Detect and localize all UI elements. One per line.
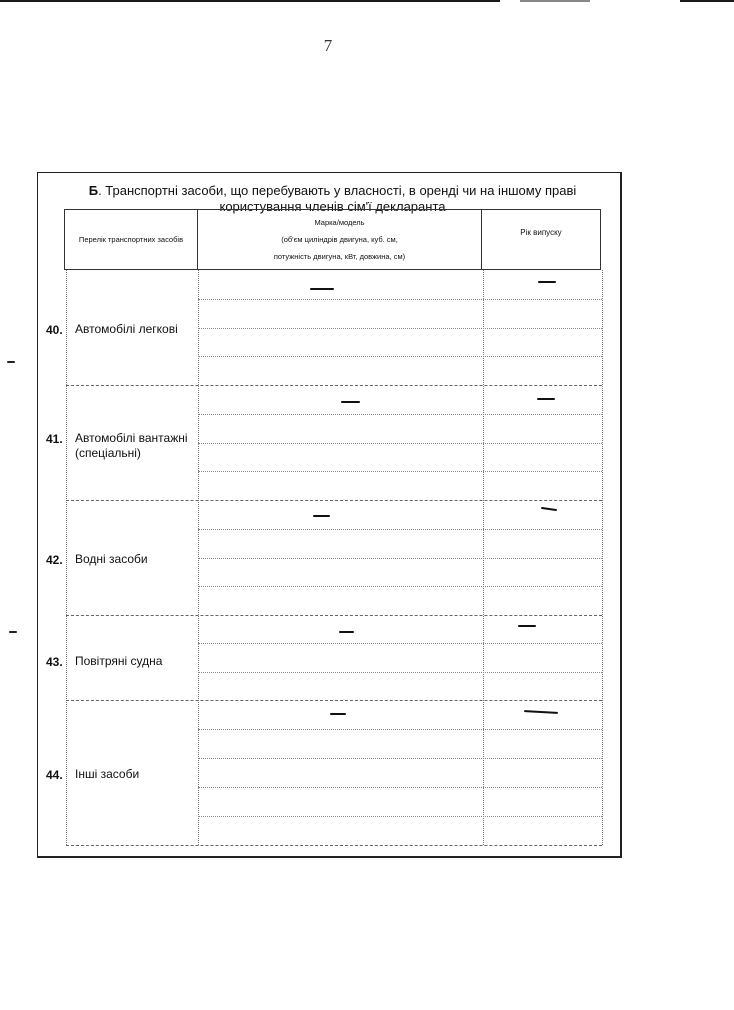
table-row-divider [198,356,602,357]
table-row-divider [66,700,602,701]
year-dash-cars [538,281,556,283]
table-row-divider [198,328,602,329]
header-make-model-note1: (об'єм циліндрів двигуна, куб. см, [281,231,398,248]
year-dash-trucks [537,398,555,400]
row-number: 43. [46,655,63,669]
table-row-divider [198,471,602,472]
header-year: Рік випуску [481,209,601,270]
header-make-model: Марка/модель (об'єм циліндрів двигуна, к… [197,209,482,270]
table-row-divider [198,787,602,788]
table-row-divider [198,443,602,444]
row-label-cars: Автомобілі легкові [75,322,178,337]
header-make-model-note2: потужність двигуна, кВт, довжина, см) [274,248,405,265]
table-row-divider [66,615,602,616]
row-number: 41. [46,432,63,446]
table-row-divider [198,414,602,415]
scan-edge-line [0,0,500,2]
margin-mark [9,631,17,633]
make-model-dash-trucks [341,401,360,403]
header-make-model-label: Марка/модель [314,214,364,231]
year-dash-aircraft [518,625,536,627]
table-column-divider [602,270,603,845]
table-row-divider [198,643,602,644]
table-row-divider [198,816,602,817]
make-model-dash-other [330,713,346,715]
make-model-dash-cars [310,288,334,290]
header-year-label: Рік випуску [520,228,561,237]
make-model-dash-aircraft [339,631,354,633]
page-number: 7 [318,36,338,56]
table-row-divider [198,529,602,530]
table-row-divider [198,758,602,759]
table-column-divider [66,270,67,845]
table-row-divider [198,299,602,300]
table-row-divider [198,672,602,673]
row-label-trucks: Автомобілі вантажні (спеціальні) [75,431,200,461]
scan-edge-line [520,0,590,2]
table-row-divider [198,729,602,730]
table-row-divider [66,845,602,846]
table-row-divider [66,500,602,501]
row-number: 44. [46,768,63,782]
table-row-divider [66,385,602,386]
row-number: 42. [46,553,63,567]
row-label-other: Інші засоби [75,767,139,782]
row-number: 40. [46,323,63,337]
header-vehicle-list-label: Перелік транспортних засобів [79,235,183,244]
scan-edge-line [680,0,734,2]
table-row-divider [198,586,602,587]
make-model-dash-watercraft [313,515,330,517]
margin-mark [7,361,15,363]
row-label-watercraft: Водні засоби [75,552,148,567]
section-title-line1: . Транспортні засоби, що перебувають у в… [98,183,576,198]
row-label-aircraft: Повітряні судна [75,654,162,669]
header-vehicle-list: Перелік транспортних засобів [64,209,198,270]
section-letter: Б [89,183,98,198]
table-row-divider [198,558,602,559]
